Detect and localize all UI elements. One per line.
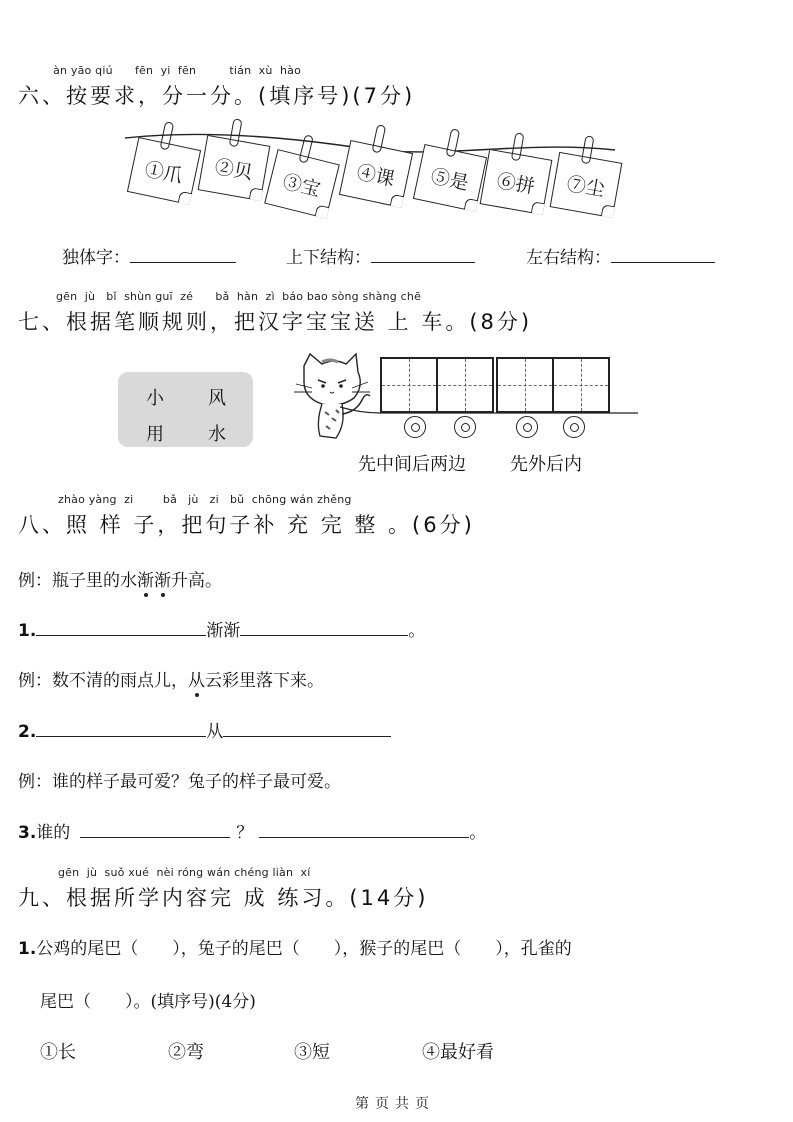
card-label: ⑦尘 [565,168,607,201]
wagon-1 [380,357,494,413]
answer-blank-3a[interactable] [80,820,230,838]
writing-cell-2[interactable] [437,358,493,412]
page-fold-icon [178,191,192,205]
category-label: 上下结构： [286,248,371,268]
option-3: ③短 [294,1038,330,1064]
character-box: 小 风 用 水 [118,372,253,447]
section6-heading: 六、按要求，分一分。(填序号)(7分) [18,80,415,110]
wagon-2 [496,357,610,413]
section7-pinyin: gēn jù bǐ shùn guī zé bǎ hàn zì báo bao … [56,290,421,303]
answer-blank-left-right[interactable] [611,245,715,263]
wheel-icon [516,416,538,438]
section9-pinyin: gēn jù suǒ xué nèi róng wán chéng liàn x… [58,866,311,879]
card-2: ②贝 [198,135,271,201]
page-fold-icon [531,201,545,215]
emphasis-char: 从 [188,671,205,691]
answer-blank-2b[interactable] [223,719,391,737]
answer-blank-3b[interactable] [259,820,469,838]
page-fold-icon [315,204,330,219]
rule-outside-first: 先外后内 [510,450,582,476]
emphasis-char: 渐 [137,571,154,591]
card-label: ⑤是 [429,161,472,195]
page-fold-icon [249,187,263,201]
card-label: ①爪 [143,154,186,188]
example-1: 例：瓶子里的水渐渐升高。 [18,566,222,591]
section8-heading: 八、照 样 子，把句子补 充 完 整 。(6分) [18,509,475,539]
page-fold-icon [390,194,404,208]
answer-blank-single[interactable] [130,245,236,263]
q9-1-line2: 尾巴（ ）。(填序号)(4分) [40,987,256,1012]
option-4: ④最好看 [422,1038,494,1064]
writing-cell-1[interactable] [381,358,437,412]
card-1: ①爪 [127,137,201,205]
category-top-bottom: 上下结构： [286,243,475,268]
writing-cell-4[interactable] [553,358,609,412]
card-label: ③宝 [280,166,323,201]
char-feng[interactable]: 风 [208,384,226,410]
card-label: ④课 [355,157,398,191]
rule-middle-first: 先中间后两边 [358,450,466,476]
category-label: 独体字： [62,248,130,268]
char-shui[interactable]: 水 [208,420,226,446]
section9-heading: 九、根据所学内容完 成 练习。(14分) [18,882,428,912]
card-6: ⑥拼 [480,149,553,215]
wheel-icon [404,416,426,438]
answer-blank-1b[interactable] [240,618,408,636]
char-yong[interactable]: 用 [146,420,164,446]
writing-cell-3[interactable] [497,358,553,412]
page-fold-icon [464,198,478,212]
card-5: ⑤是 [413,144,487,212]
char-xiao[interactable]: 小 [146,384,164,410]
wheel-icon [454,416,476,438]
q9-1-line1: 1.公鸡的尾巴（ ），兔子的尾巴（ ），猴子的尾巴（ ），孔雀的 [18,934,572,959]
example-2: 例：数不清的雨点儿，从云彩里落下来。 [18,666,324,691]
example-3: 例：谁的样子最可爱？兔子的样子最可爱。 [18,767,341,792]
category-label: 左右结构： [526,248,611,268]
cat-illustration-icon [292,352,372,442]
question-1: 1.渐渐。 [18,616,425,641]
card-7: ⑦尘 [550,152,623,218]
section8-pinyin: zhào yàng zi bǎ jù zi bǔ chōng wán zhěng [58,493,352,506]
answer-blank-2a[interactable] [36,719,206,737]
question-2: 2.从 [18,717,391,742]
card-label: ②贝 [213,151,255,184]
card-4: ④课 [339,140,413,208]
option-1: ①长 [40,1038,76,1064]
card-label: ⑥拼 [495,165,537,198]
category-left-right: 左右结构： [526,243,715,268]
section7-heading: 七、根据笔顺规则，把汉字宝宝送 上 车。(8分) [18,306,532,336]
answer-blank-top-bottom[interactable] [371,245,475,263]
emphasis-char: 渐 [154,571,171,591]
section6-pinyin: àn yāo qiú fēn yi fēn tián xù hào [42,64,301,77]
wheel-icon [563,416,585,438]
option-2: ②弯 [168,1038,204,1064]
answer-blank-1a[interactable] [36,618,206,636]
question-3: 3.谁的？。 [18,818,486,843]
page-footer: 第页共页 [355,1093,435,1113]
category-single: 独体字： [62,243,236,268]
page-fold-icon [601,204,615,218]
